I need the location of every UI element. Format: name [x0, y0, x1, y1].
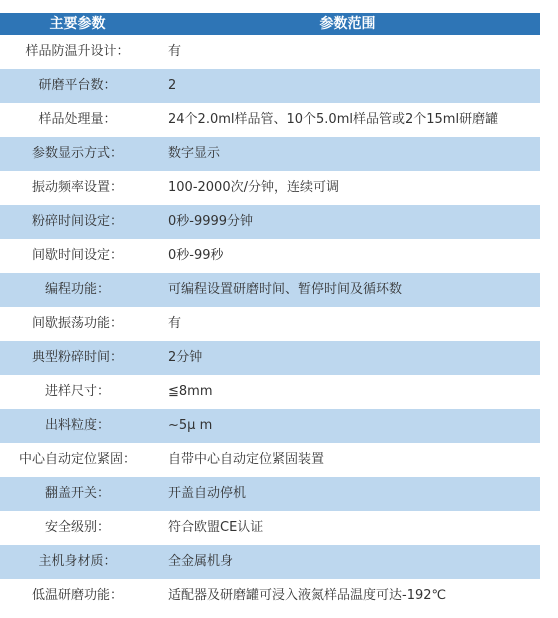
row-label: 粉碎时间设定： [0, 205, 155, 239]
table-row: 中心自动定位紧固： 自带中心自动定位紧固装置 [0, 443, 540, 477]
row-label: 进样尺寸： [0, 375, 155, 409]
row-label: 翻盖开关： [0, 477, 155, 511]
row-label: 中心自动定位紧固： [0, 443, 155, 477]
row-label: 间歇时间设定： [0, 239, 155, 273]
table-row: 安全级别： 符合欧盟CE认证 [0, 511, 540, 545]
row-value: 有 [155, 307, 540, 341]
row-value: 开盖自动停机 [155, 477, 540, 511]
row-value: 24个2.0ml样品管、10个5.0ml样品管或2个15ml研磨罐 [155, 103, 540, 137]
table-row: 低温研磨功能： 适配器及研磨罐可浸入液氮样品温度可达-192℃ [0, 579, 540, 613]
row-label: 样品处理量： [0, 103, 155, 137]
header-param: 主要参数 [0, 13, 155, 35]
row-value: 自带中心自动定位紧固装置 [155, 443, 540, 477]
row-value: 有 [155, 35, 540, 69]
row-value: 2 [155, 69, 540, 103]
row-label: 样品防温升设计： [0, 35, 155, 69]
table-row: 进样尺寸： ≦8mm [0, 375, 540, 409]
row-label: 出料粒度： [0, 409, 155, 443]
table-row: 研磨平台数： 2 [0, 69, 540, 103]
table-row: 样品处理量： 24个2.0ml样品管、10个5.0ml样品管或2个15ml研磨罐 [0, 103, 540, 137]
row-label: 振动频率设置： [0, 171, 155, 205]
row-value: 100-2000次/分钟，连续可调 [155, 171, 540, 205]
row-value: 全金属机身 [155, 545, 540, 579]
header-range: 参数范围 [155, 13, 540, 35]
table-row: 翻盖开关： 开盖自动停机 [0, 477, 540, 511]
table-row: 参数显示方式： 数字显示 [0, 137, 540, 171]
row-value: 2分钟 [155, 341, 540, 375]
row-value: 0秒-9999分钟 [155, 205, 540, 239]
row-value: 0秒-99秒 [155, 239, 540, 273]
table-body: 样品防温升设计： 有 研磨平台数： 2 样品处理量： 24个2.0ml样品管、1… [0, 35, 540, 613]
table-row: 典型粉碎时间： 2分钟 [0, 341, 540, 375]
row-value: 可编程设置研磨时间、暂停时间及循环数 [155, 273, 540, 307]
row-label: 典型粉碎时间： [0, 341, 155, 375]
row-label: 低温研磨功能： [0, 579, 155, 613]
header-row: 主要参数 参数范围 [0, 13, 540, 35]
table-row: 主机身材质： 全金属机身 [0, 545, 540, 579]
table-row: 编程功能： 可编程设置研磨时间、暂停时间及循环数 [0, 273, 540, 307]
row-label: 参数显示方式： [0, 137, 155, 171]
table-row: 间歇振荡功能： 有 [0, 307, 540, 341]
table-row: 样品防温升设计： 有 [0, 35, 540, 69]
row-value: ≦8mm [155, 375, 540, 409]
table-row: 出料粒度： ~5μ m [0, 409, 540, 443]
row-label: 安全级别： [0, 511, 155, 545]
row-value: 符合欧盟CE认证 [155, 511, 540, 545]
row-label: 编程功能： [0, 273, 155, 307]
row-label: 间歇振荡功能： [0, 307, 155, 341]
row-value: 数字显示 [155, 137, 540, 171]
row-label: 主机身材质： [0, 545, 155, 579]
table-row: 振动频率设置： 100-2000次/分钟，连续可调 [0, 171, 540, 205]
row-label: 研磨平台数： [0, 69, 155, 103]
table-row: 粉碎时间设定： 0秒-9999分钟 [0, 205, 540, 239]
row-value: 适配器及研磨罐可浸入液氮样品温度可达-192℃ [155, 579, 540, 613]
spec-table: 主要参数 参数范围 样品防温升设计： 有 研磨平台数： 2 样品处理量： 24个… [0, 13, 540, 613]
table-header: 主要参数 参数范围 [0, 13, 540, 35]
table-row: 间歇时间设定： 0秒-99秒 [0, 239, 540, 273]
row-value: ~5μ m [155, 409, 540, 443]
